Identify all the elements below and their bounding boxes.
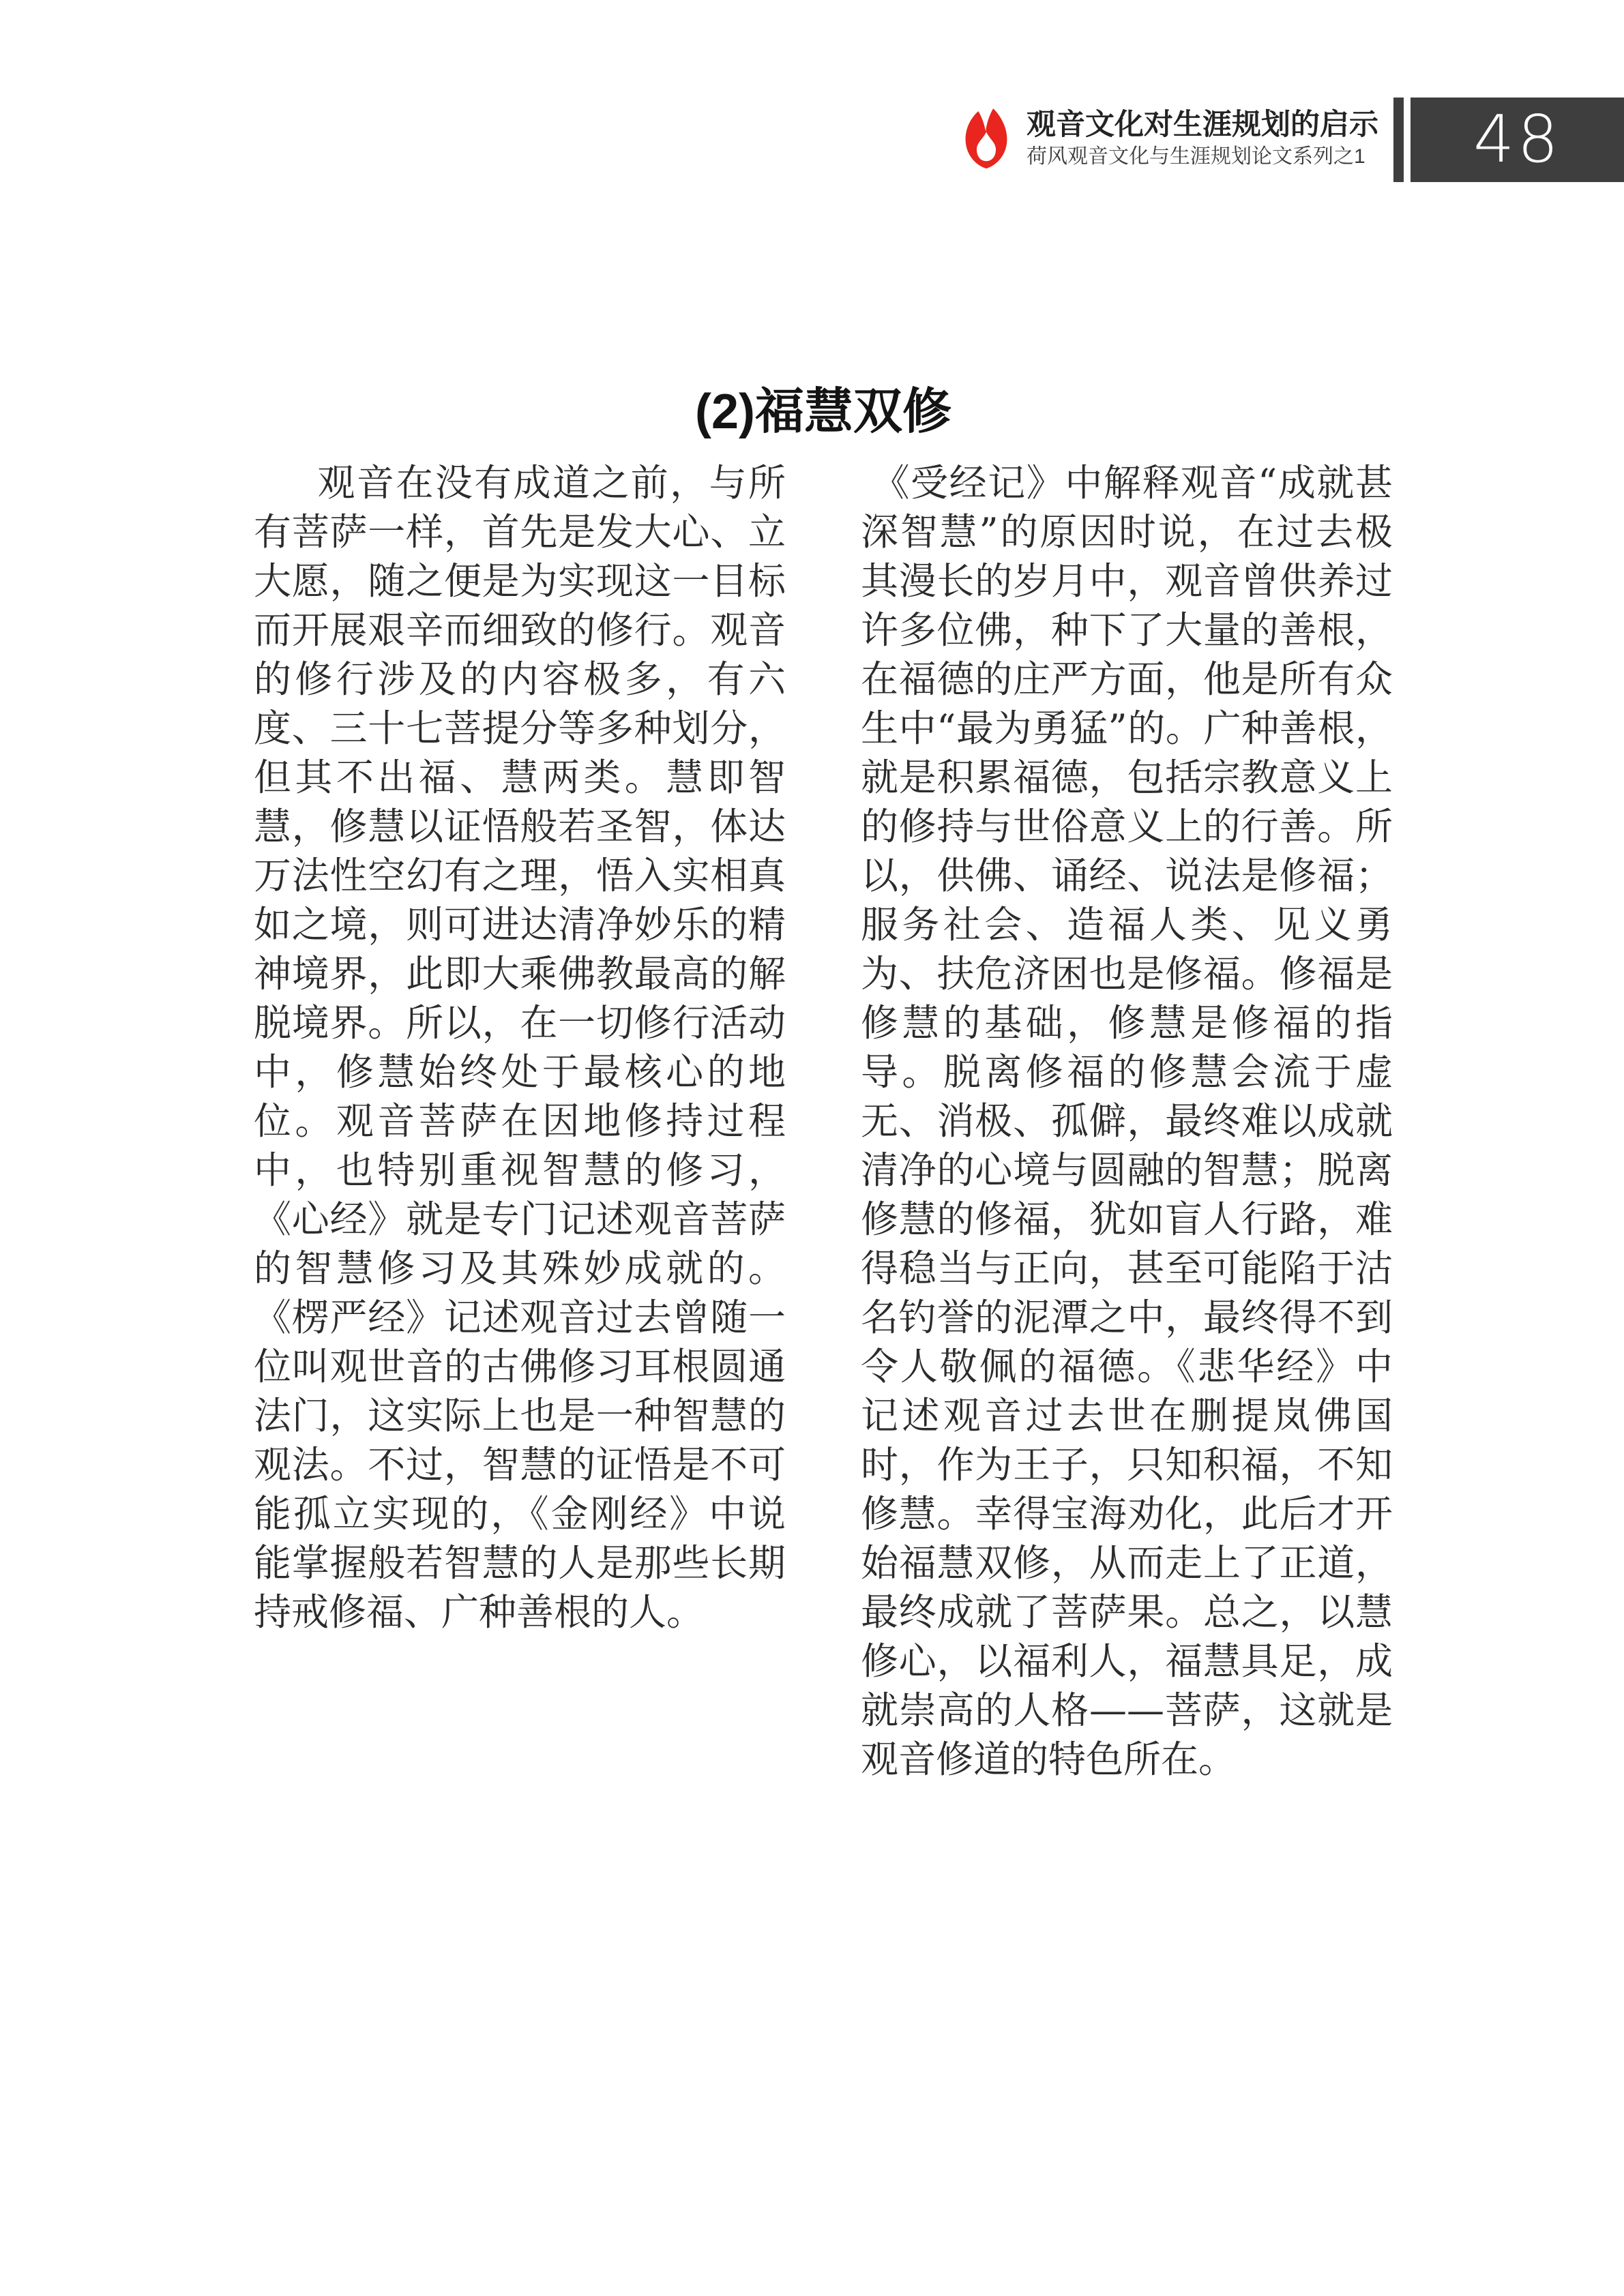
header-subtitle: 荷风观音文化与生涯规划论文系列之1	[1027, 144, 1408, 170]
lotus-flame-logo-icon	[960, 106, 1013, 171]
header-title: 观音文化对生涯规划的启示	[1027, 108, 1408, 142]
left-column: 观音在没有成道之前，与所有菩萨一样，首先是发大心、立大愿，随之便是为实现这一目标…	[254, 458, 786, 1784]
right-column: 《受经记》中解释观音“成就甚深智慧”的原因时说，在过去极其漫长的岁月中，观音曾供…	[861, 458, 1393, 1784]
body-columns: 观音在没有成道之前，与所有菩萨一样，首先是发大心、立大愿，随之便是为实现这一目标…	[254, 458, 1393, 1784]
section-title: (2)福慧双修	[254, 379, 1393, 445]
document-page: { "header": { "title": "观音文化对生涯规划的启示", "…	[0, 0, 1624, 2296]
page-number-badge: 48	[1411, 98, 1624, 182]
header-divider-bar	[1393, 98, 1404, 182]
page-number: 48	[1473, 108, 1561, 173]
left-column-paragraph: 观音在没有成道之前，与所有菩萨一样，首先是发大心、立大愿，随之便是为实现这一目标…	[254, 458, 786, 1637]
right-column-paragraph: 《受经记》中解释观音“成就甚深智慧”的原因时说，在过去极其漫长的岁月中，观音曾供…	[861, 458, 1393, 1784]
